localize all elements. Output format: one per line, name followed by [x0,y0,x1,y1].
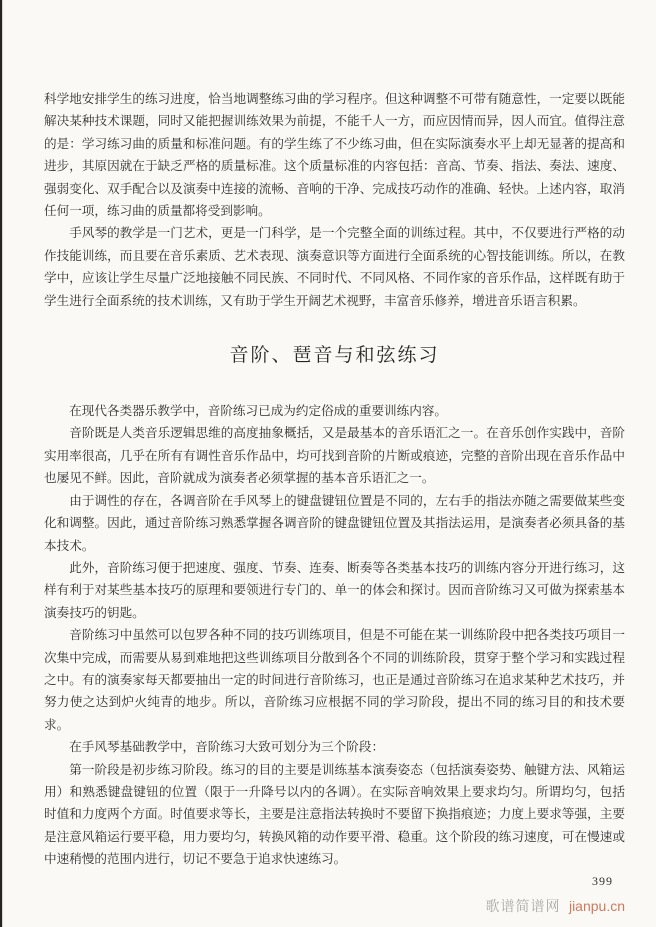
body-paragraph: 第一阶段是初步练习阶段。练习的目的主要是训练基本演奏姿态（包括演奏姿势、触键方法… [44,759,625,871]
body-paragraph: 音阶既是人类音乐逻辑思维的高度抽象概括，又是最基本的音乐语汇之一。在音乐创作实践… [44,422,625,489]
watermark-site-name: 歌谱简谱网 [485,900,560,915]
body-paragraph: 音阶练习中虽然可以包罗各种不同的技巧训练项目，但是不可能在某一训练阶段中把各类技… [44,624,625,736]
page-number: 399 [592,874,613,889]
body-paragraph: 在手风琴基础教学中，音阶练习大致可划分为三个阶段： [44,736,625,758]
body-paragraph: 科学地安排学生的练习进度，恰当地调整练习曲的学习程序。但这种调整不可带有随意性，… [44,88,625,222]
scanned-book-page: { "page": { "heading": "音阶、琶音与和弦练习", "pa… [0,0,656,927]
watermark: 歌谱简谱网 jianpu.cn [485,896,625,916]
section-heading: 音阶、琶音与和弦练习 [44,342,625,370]
body-paragraph: 手风琴的教学是一门艺术，更是一门科学，是一个完整全面的训练过程。其中，不仅要进行… [44,222,625,312]
watermark-site-url: jianpu.cn [569,898,625,914]
page-content: 科学地安排学生的练习进度，恰当地调整练习曲的学习程序。但这种调整不可带有随意性，… [44,88,625,871]
body-paragraph: 由于调性的存在，各调音阶在手风琴上的键盘键钮位置是不同的，左右手的指法亦随之需要… [44,490,625,557]
page-left-edge [0,0,3,927]
body-paragraph: 此外，音阶练习便于把速度、强度、节奏、连奏、断奏等各类基本技巧的训练内容分开进行… [44,557,625,624]
body-paragraph: 在现代各类器乐教学中，音阶练习已成为约定俗成的重要训练内容。 [44,400,625,422]
